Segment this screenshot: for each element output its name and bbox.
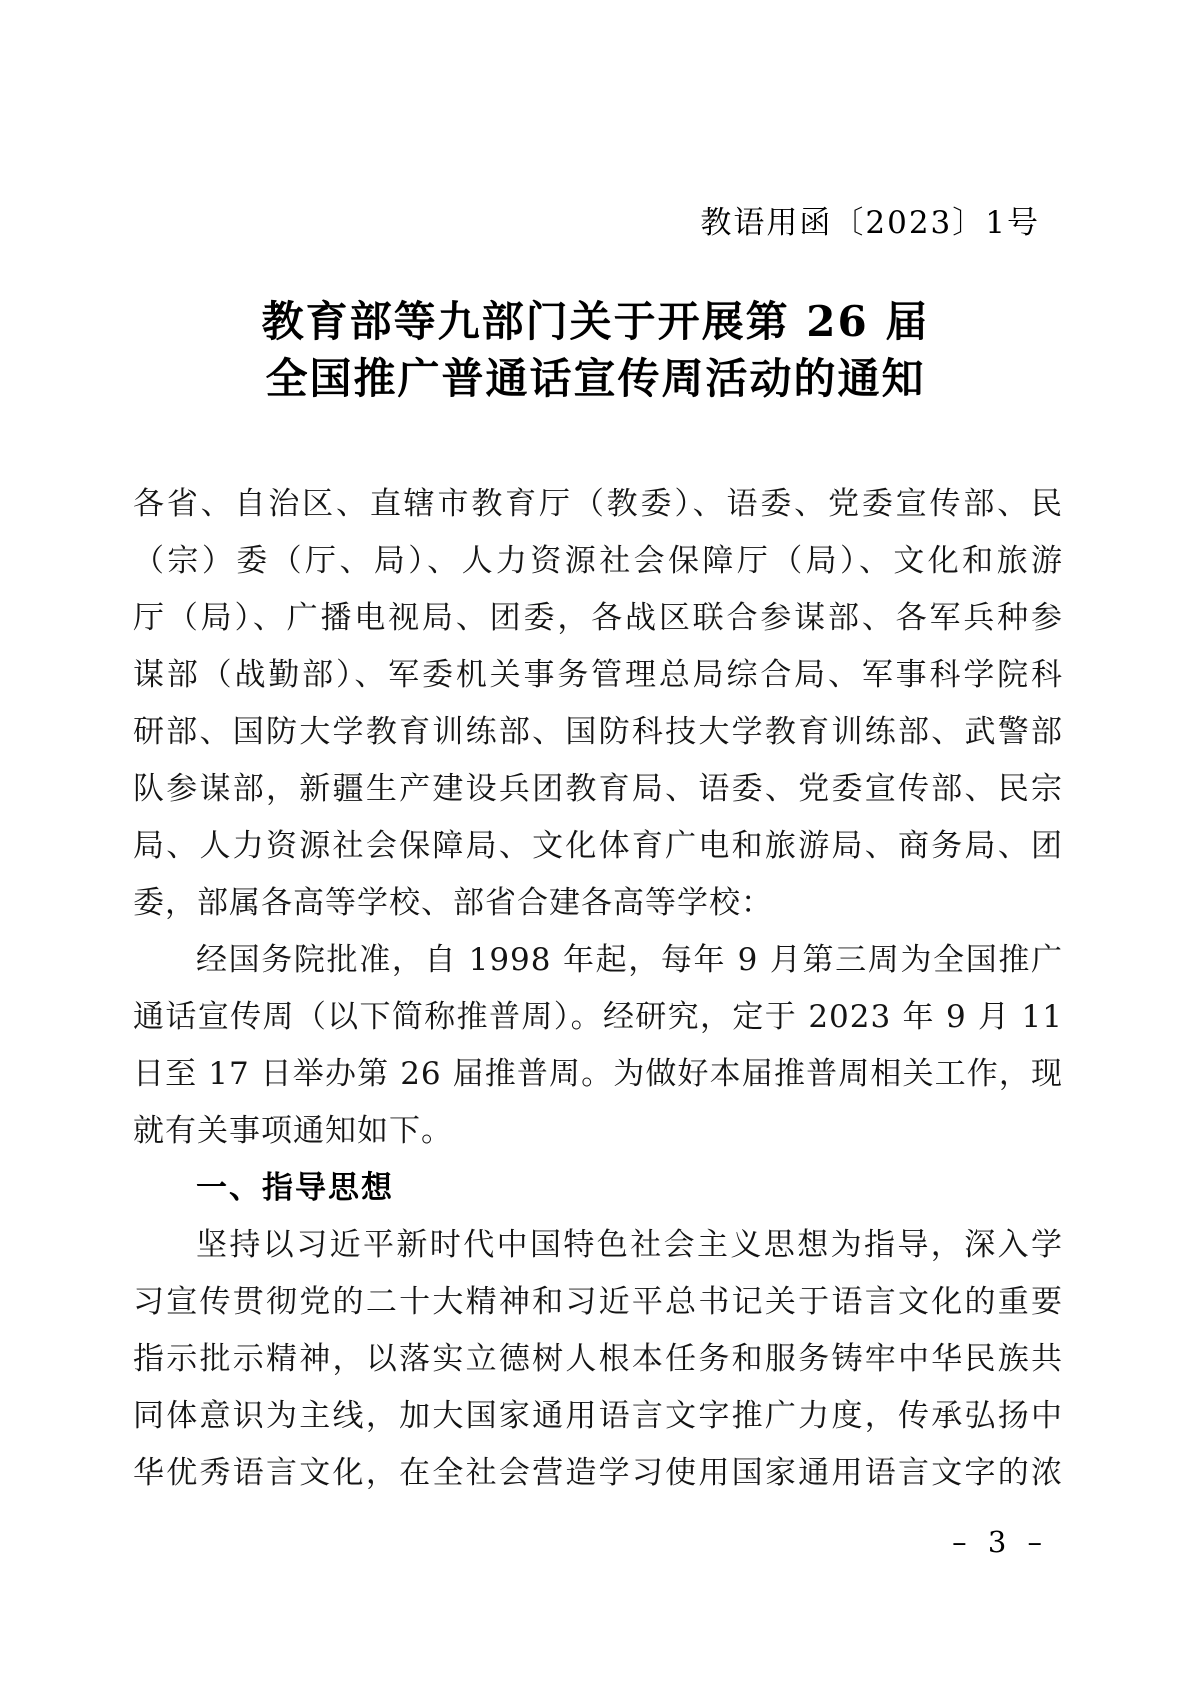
document-title-line-1: 教育部等九部门关于开展第 26 届 <box>0 293 1191 350</box>
document-number: 教语用函〔2023〕1号 <box>133 203 1040 243</box>
body-lines: 各省、自治区、直辖市教育厅（教委）、语委、党委宣传部、民（宗）委（厅、局）、人力… <box>133 476 1063 1502</box>
body-line: 同体意识为主线，加大国家通用语言文字推广力度，传承弘扬中 <box>133 1388 1063 1445</box>
body-line: 习宣传贯彻党的二十大精神和习近平总书记关于语言文化的重要 <box>133 1274 1063 1331</box>
body-line: 各省、自治区、直辖市教育厅（教委）、语委、党委宣传部、民 <box>133 476 1063 533</box>
body-line: 经国务院批准，自 1998 年起，每年 9 月第三周为全国推广普 <box>133 932 1063 989</box>
body-line: 研部、国防大学教育训练部、国防科技大学教育训练部、武警部 <box>133 704 1063 761</box>
body-line: 日至 17 日举办第 26 届推普周。为做好本届推普周相关工作，现 <box>133 1046 1063 1103</box>
section-heading: 一、指导思想 <box>133 1160 1063 1217</box>
body-line: 指示批示精神，以落实立德树人根本任务和服务铸牢中华民族共 <box>133 1331 1063 1388</box>
body-line: 坚持以习近平新时代中国特色社会主义思想为指导，深入学 <box>133 1217 1063 1274</box>
body-line: 局、人力资源社会保障局、文化体育广电和旅游局、商务局、团 <box>133 818 1063 875</box>
body-line: 厅（局）、广播电视局、团委，各战区联合参谋部、各军兵种参 <box>133 590 1063 647</box>
body-line: 队参谋部，新疆生产建设兵团教育局、语委、党委宣传部、民宗 <box>133 761 1063 818</box>
body-line: 谋部（战勤部）、军委机关事务管理总局综合局、军事科学院科 <box>133 647 1063 704</box>
body-line: 华优秀语言文化，在全社会营造学习使用国家通用语言文字的浓 <box>133 1445 1063 1502</box>
body-line: （宗）委（厅、局）、人力资源社会保障厅（局）、文化和旅游 <box>133 533 1063 590</box>
document-title-line-2: 全国推广普通话宣传周活动的通知 <box>0 350 1191 407</box>
body-line: 通话宣传周（以下简称推普周）。经研究，定于 2023 年 9 月 11 <box>133 989 1063 1046</box>
body-line: 委，部属各高等学校、部省合建各高等学校： <box>133 875 1063 932</box>
body-line: 就有关事项通知如下。 <box>133 1103 1063 1160</box>
page-number: – 3 – <box>133 1524 1048 1560</box>
document-page: 教语用函〔2023〕1号 教育部等九部门关于开展第 26 届 全国推广普通话宣传… <box>0 0 1191 1684</box>
document-title: 教育部等九部门关于开展第 26 届 全国推广普通话宣传周活动的通知 <box>0 293 1191 407</box>
